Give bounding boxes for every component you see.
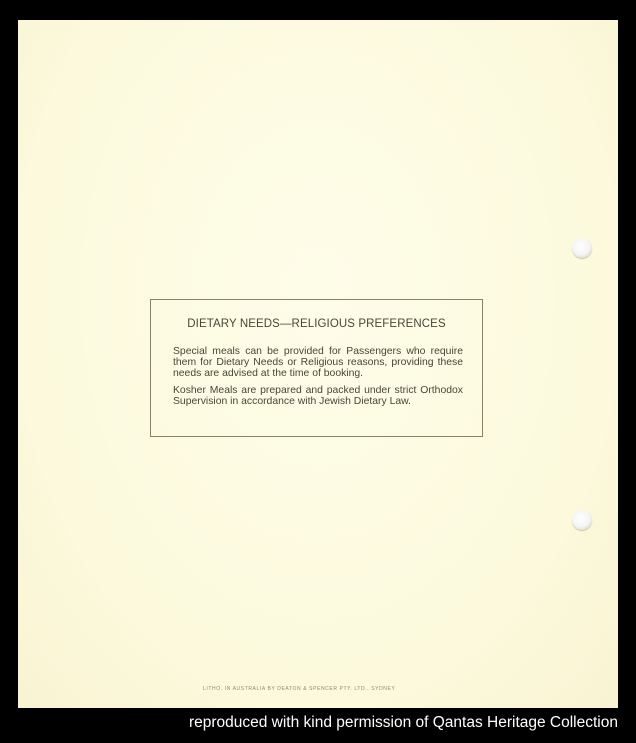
notice-title: DIETARY NEEDS—RELIGIOUS PREFERENCES bbox=[151, 318, 482, 330]
notice-paragraph-special-meals: Special meals can be provided for Passen… bbox=[173, 347, 463, 379]
heritage-credit: reproduced with kind permission of Qanta… bbox=[189, 714, 618, 732]
printer-imprint: LITHO. IN AUSTRALIA BY DEATON & SPENCER … bbox=[203, 686, 395, 692]
punch-hole-icon bbox=[572, 510, 592, 530]
dietary-notice-box: DIETARY NEEDS—RELIGIOUS PREFERENCES Spec… bbox=[150, 299, 483, 437]
document-page: DIETARY NEEDS—RELIGIOUS PREFERENCES Spec… bbox=[18, 20, 618, 708]
punch-hole-icon bbox=[572, 238, 592, 258]
notice-paragraph-kosher-meals: Kosher Meals are prepared and packed und… bbox=[173, 386, 463, 408]
